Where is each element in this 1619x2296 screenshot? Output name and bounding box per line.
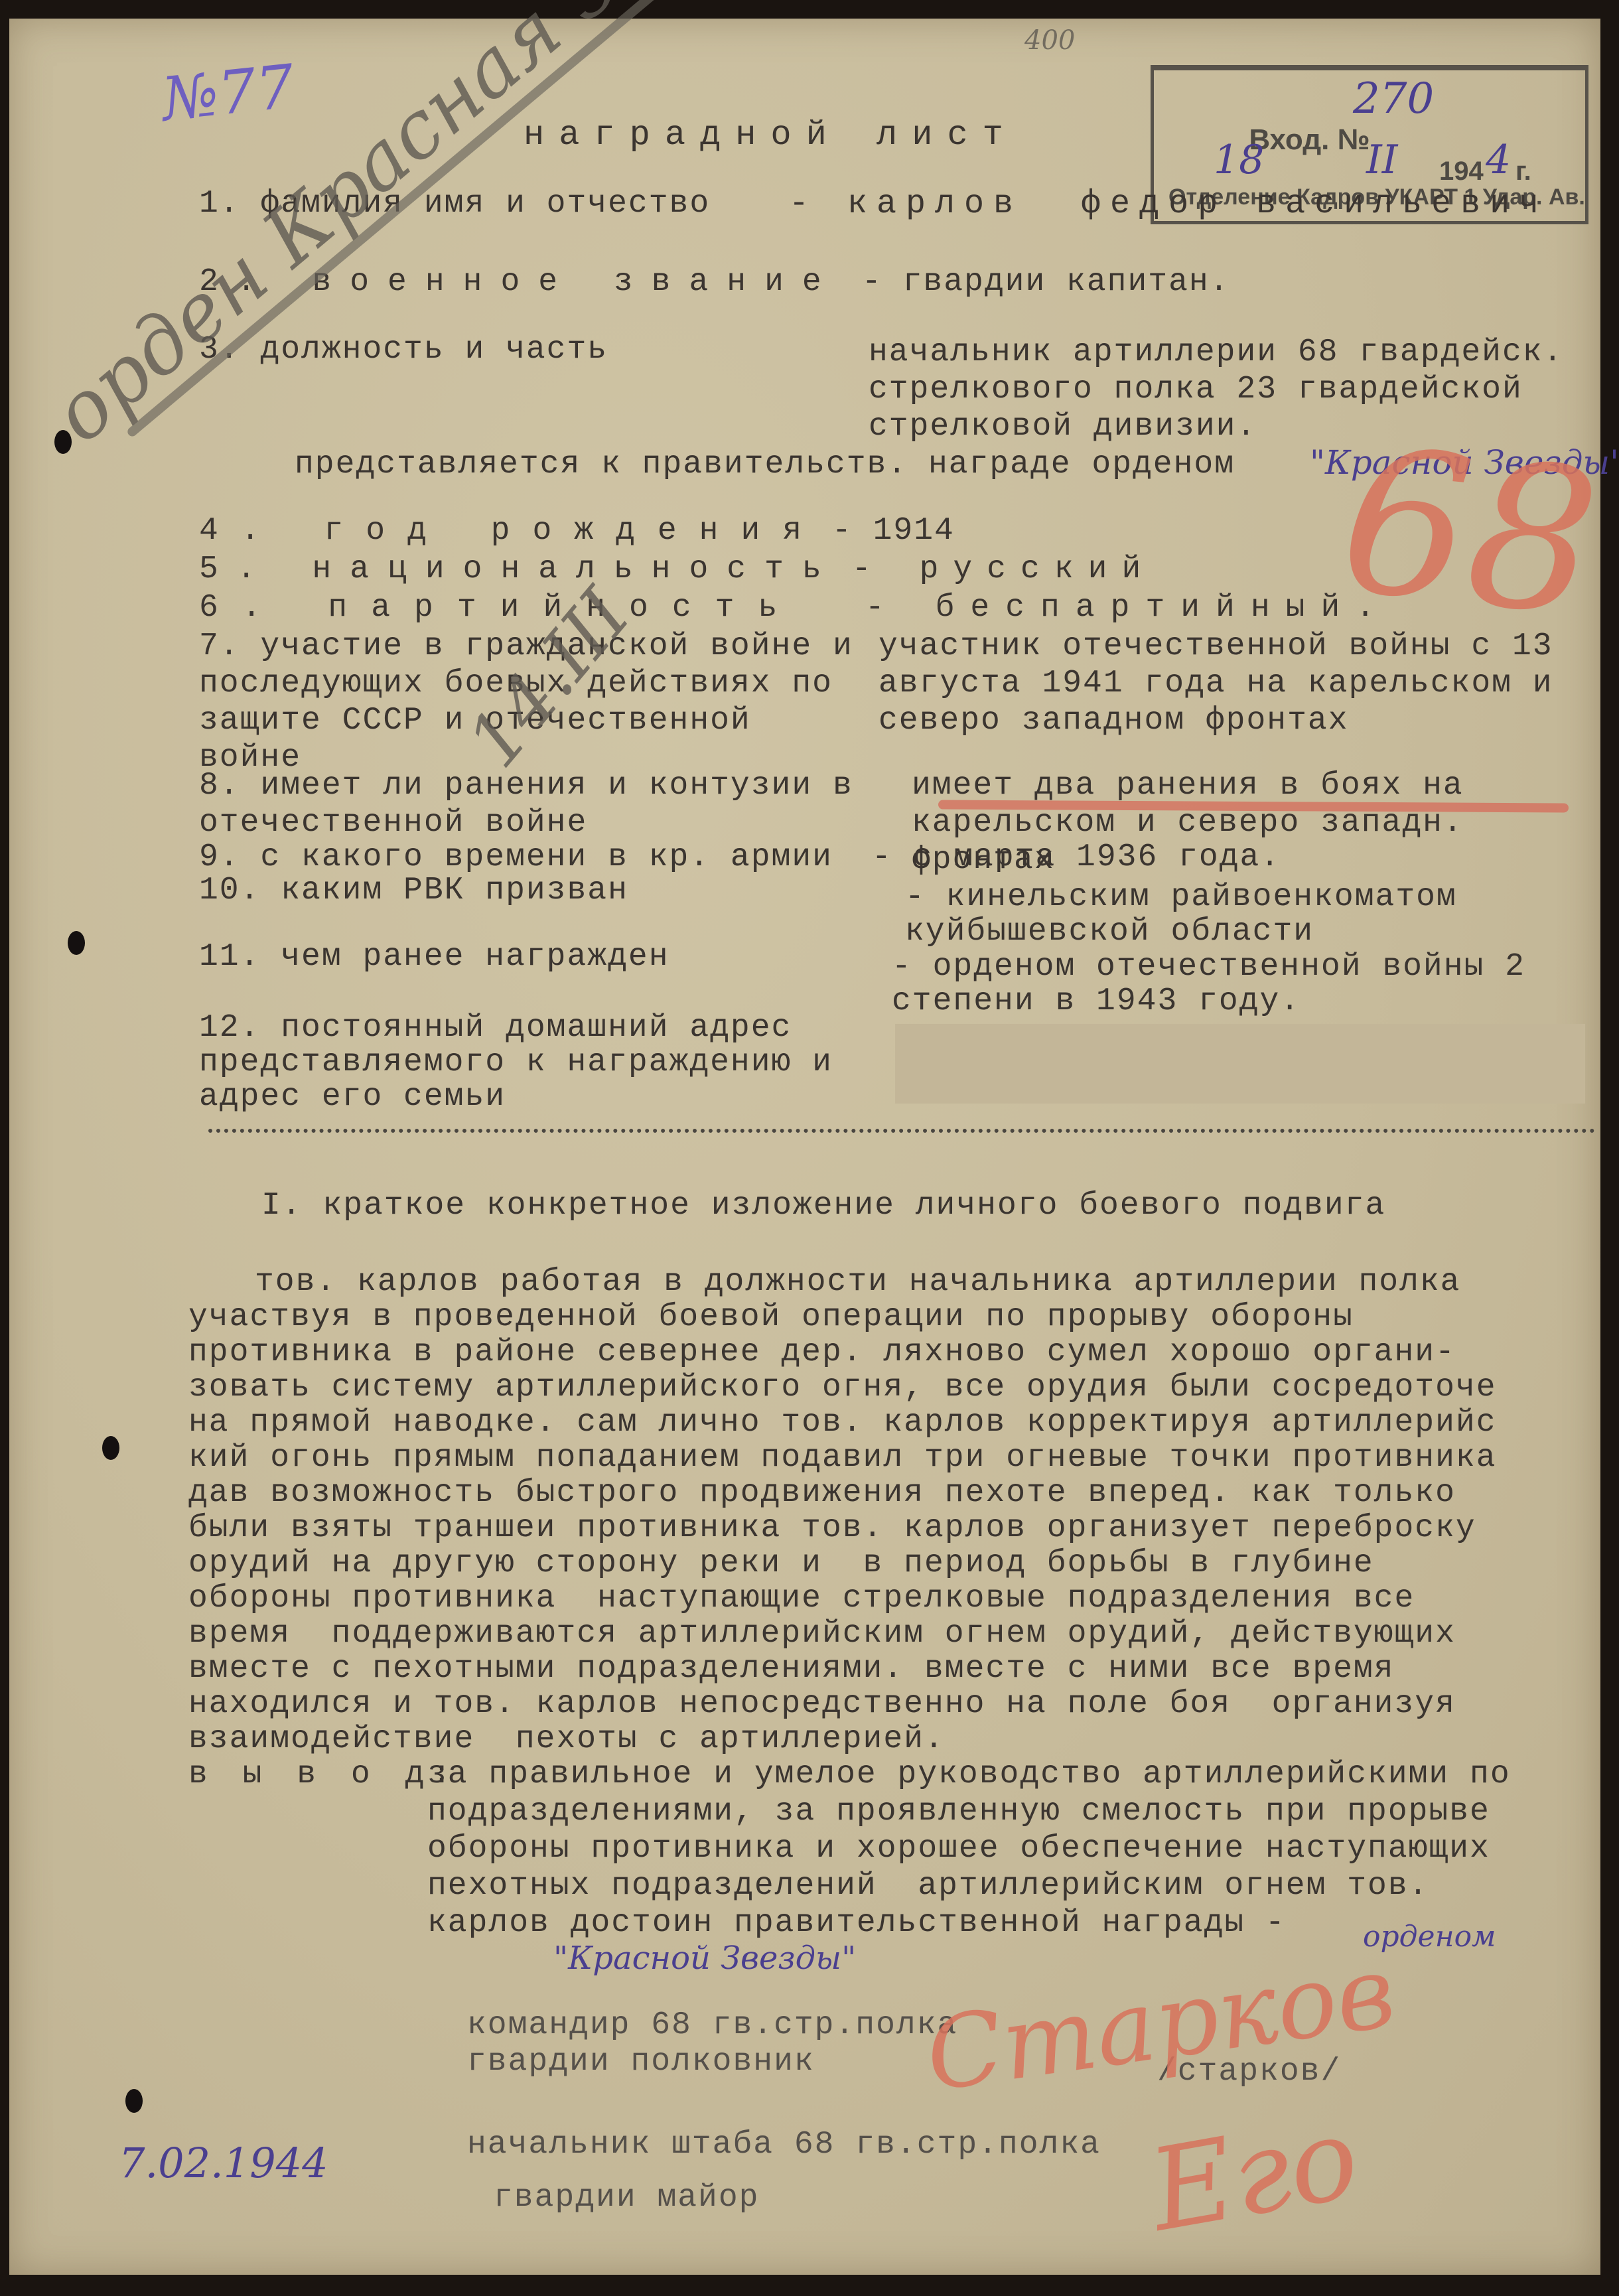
field-5-label: 5. национальность [199,553,840,585]
field-4-label: 4. год рождения [199,515,824,547]
conclusion: за правильное и умелое руководство артил… [427,1758,1608,1944]
conclusion-handwritten-award: "Красной Звезды" [553,1940,856,1977]
conclusion-line: обороны противника и хорошее обеспечение… [427,1833,1608,1870]
pencil-resolution: орден Красная Звезда [36,0,816,461]
award-sheet: №77 400 наградной лист Вход. № 270 18 II… [9,19,1600,2275]
narrative-line: находился и тов. карлов непосредственно … [188,1688,1608,1723]
stamp-incoming-number: 270 [1353,74,1434,123]
conclusion-label: в ы в о д: [188,1758,459,1790]
chief-title: начальник штаба 68 гв.стр.полка [467,2129,1101,2161]
field-8-label: 8. имеет ли ранения и контузии в отечест… [199,767,863,841]
field-4-value: - 1914 [832,515,955,547]
field-6-value: - беспартийный. [865,592,1391,624]
narrative-line: орудий на другую сторону реки и в период… [188,1547,1608,1583]
narrative: тов. карлов работая в должности начальни… [188,1266,1608,1758]
field-10-value: - кинельским райвоенкоматом куйбышевской… [905,880,1569,949]
binder-hole [125,2089,143,2113]
conclusion-line: подразделениями, за проявленную смелость… [427,1796,1608,1833]
narrative-line: зовать систему артиллерийского огня, все… [188,1372,1608,1407]
narrative-line: кий огонь прямым попаданием подавил три … [188,1442,1608,1477]
section-heading: I. краткое конкретное изложение личного … [261,1190,1385,1222]
field-9-label: 9. с какого времени в кр. армии [199,841,833,873]
field-12-label: 12. постоянный домашний адрес представля… [199,1011,882,1114]
award-line-label: представляется к правительств. награде о… [295,449,1235,480]
conclusion-line: за правильное и умелое руководство артил… [427,1758,1608,1796]
narrative-line: были взяты траншеи противника тов. карло… [188,1512,1608,1547]
chief-signature: Его [1141,2092,1368,2257]
field-3-label: 3. должность и часть [199,334,608,366]
binder-hole [102,1436,119,1460]
page-title: наградной лист [524,118,1018,153]
commander-title: командир 68 гв.стр.полка [467,2009,957,2041]
top-left-mark: №77 [159,52,298,135]
stamp-date-month: II [1366,137,1397,183]
field-2-value: - гвардии капитан. [862,266,1230,298]
stamp-year-label: г. [1515,157,1531,186]
narrative-line: на прямой наводке. сам лично тов. карлов… [188,1407,1608,1442]
stamp-label: Вход. № [1249,123,1370,156]
narrative-line: дав возможность быстрого продвижения пех… [188,1477,1608,1512]
conclusion-line: пехотных подразделений артиллерийским ог… [427,1870,1608,1907]
field-11-label: 11. чем ранее награжден [199,941,669,973]
commander-rank: гвардии полковник [467,2046,815,2078]
narrative-line: тов. карлов работая в должности начальни… [255,1266,1619,1301]
field-9-value: - с марта 1936 года. [872,841,1281,873]
field-11-value: - орденом отечественной войны 2 степени … [892,950,1529,1019]
narrative-line: противника в районе севернее дер. ляхнов… [188,1336,1608,1372]
redacted-address [895,1024,1585,1104]
narrative-line: взаимодействие пехоты с артиллерией. [188,1723,1608,1758]
binder-hole [54,430,72,454]
narrative-line: время поддерживаются артиллерийским огне… [188,1618,1608,1653]
red-number-annotation: 68 [1332,404,1608,661]
field-6-label: 6. партийность [199,592,801,624]
section-divider [208,1129,1595,1133]
top-center-mark: 400 [1024,25,1075,56]
stamp-date-day: 18 [1214,137,1264,183]
narrative-line: участвуя в проведенной боевой операции п… [188,1301,1608,1336]
narrative-line: вместе с пехотными подразделениями. вмес… [188,1653,1608,1688]
handwritten-date: 7.02.1944 [119,2139,328,2187]
field-5-value: - русский [852,553,1155,585]
stamp-year-prefix: 194 [1439,157,1484,186]
stamp-year-suffix: 4 [1486,137,1511,183]
narrative-line: обороны противника наступающие стрелковы… [188,1583,1608,1618]
field-10-label: 10. каким РВК призван [199,875,628,906]
binder-hole [68,931,85,955]
field-1-value: - карлов федор васильевич [789,188,1548,221]
chief-rank: гвардии майор [494,2182,759,2214]
